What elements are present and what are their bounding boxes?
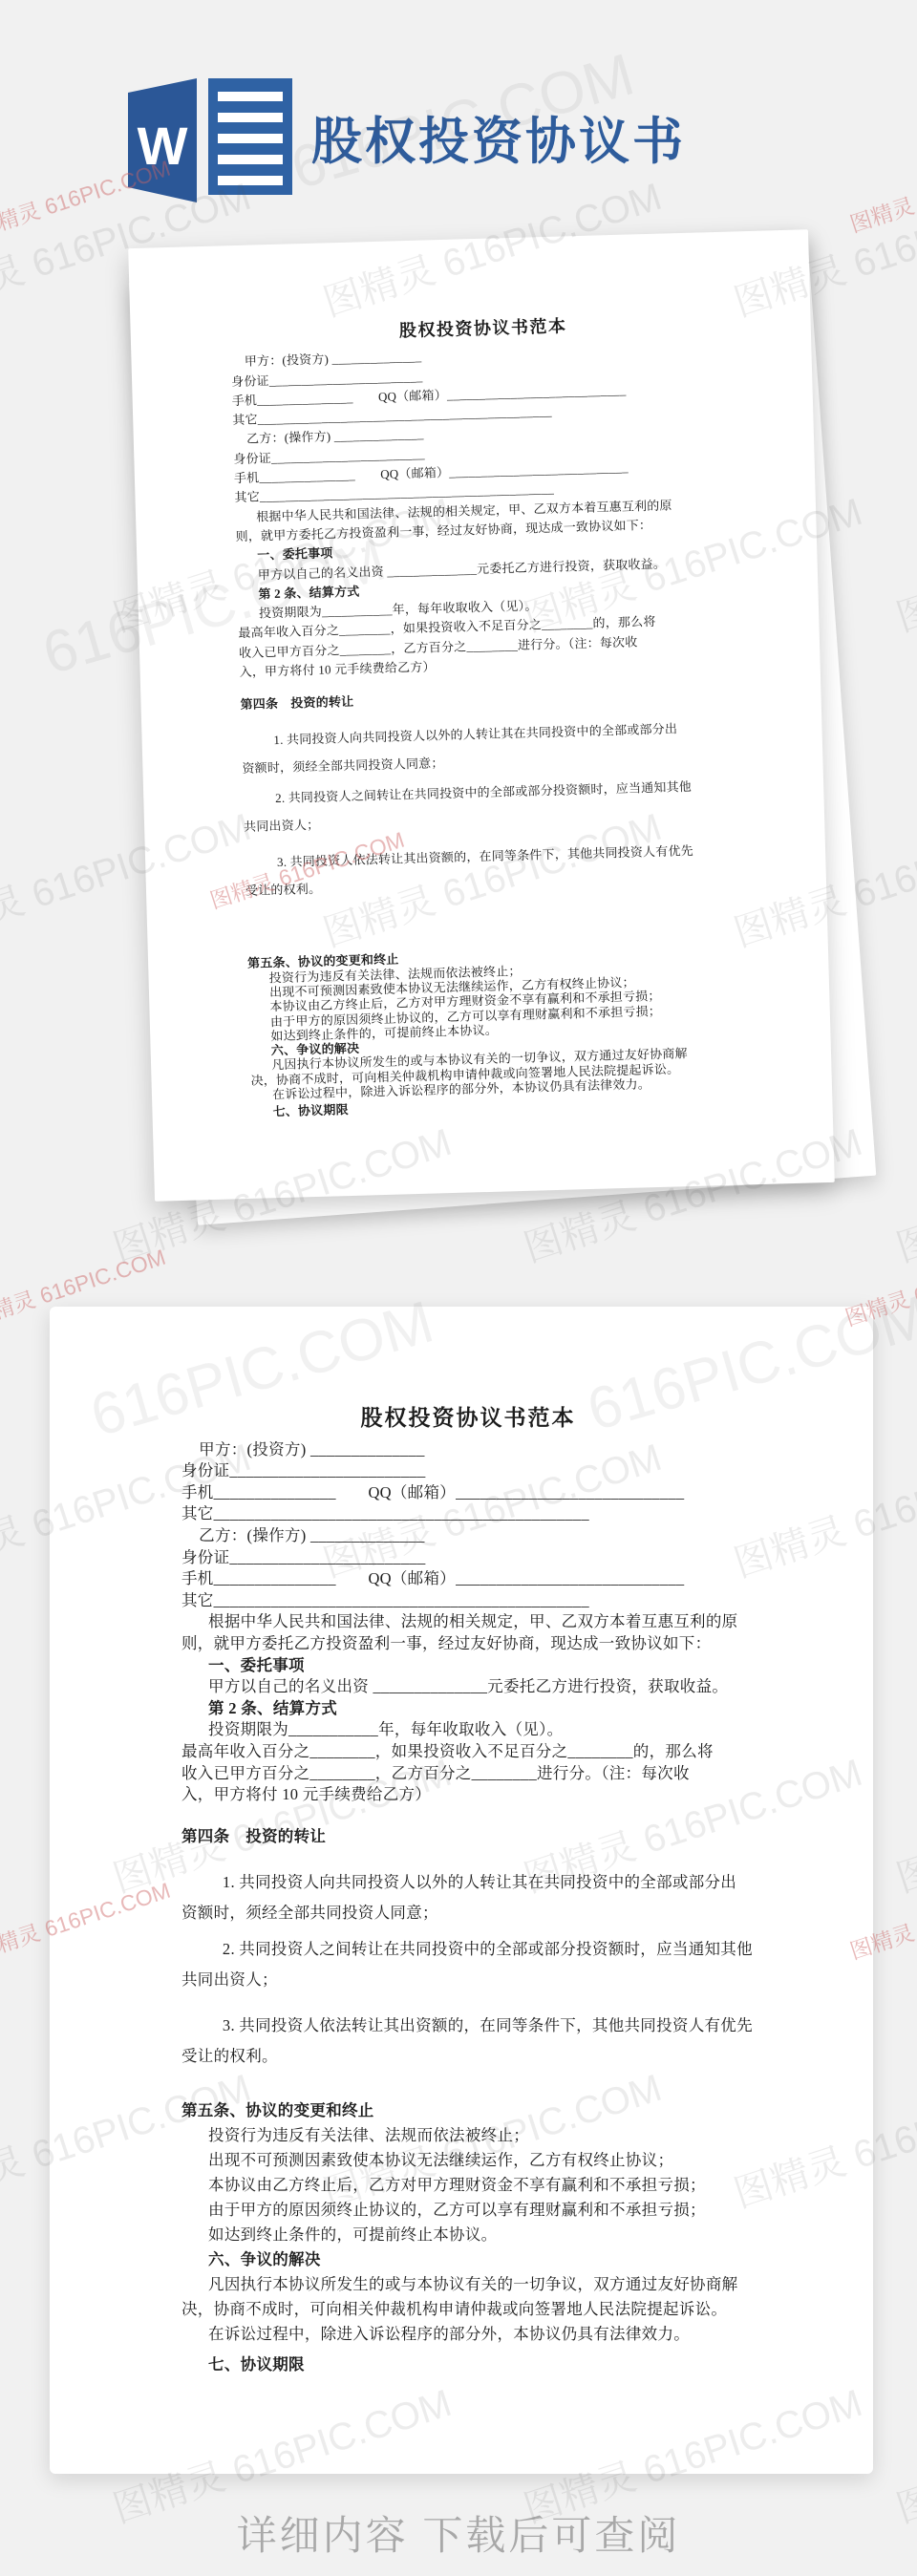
footer-note: 详细内容 下载后可查阅 [237, 2504, 681, 2562]
doc-line: 根据中华人民共和国法律、法规的相关规定，甲、乙双方本着互惠互利的原 [181, 1611, 755, 1633]
watermark-text: 图精灵 616PIC.COM [888, 1742, 917, 1903]
doc-line: 2. 共同投资人之间转让在共同投资中的全部或部分投资额时，应当通知其他 [181, 1934, 755, 1965]
doc-line: 第四条 投资的转让 [181, 1821, 755, 1852]
preview-canvas: W 股权投资协议书 股权投资协议书范本甲方：(投资方) ____________… [0, 0, 917, 2576]
doc-line: 受让的权利。 [181, 2041, 755, 2072]
doc-line: 收入已甲方百分之________，乙方百分之________进行分。（注：每次收 [181, 1763, 755, 1785]
doc-line: 投资期限为___________年，每年收取收入（见）。 [181, 1719, 755, 1741]
word-logo-letter: W [138, 116, 188, 176]
preview-page-1: 股权投资协议书范本甲方：(投资方) ______________身份证_____… [128, 229, 835, 1201]
doc-content: 股权投资协议书范本甲方：(投资方) ______________身份证_____… [181, 1408, 755, 2377]
footer: 详细内容 下载后可查阅 [0, 2489, 917, 2576]
doc-line: 第 2 条、结算方式 [181, 1698, 755, 1720]
doc-line: 第四条 投资的转让 [240, 677, 747, 719]
doc-line: 出现不可预测因素致使本协议无法继续运作，乙方有权终止协议； [181, 2148, 755, 2173]
watermark-text: 图精灵 616PIC.COM [888, 1112, 917, 1272]
doc-line: 身份证________________________ [181, 1460, 755, 1482]
doc-line: 最高年收入百分之________，如果投资收入不足百分之________的，那么… [181, 1741, 755, 1763]
doc-line: 3. 共同投资人依法转让其出资额的，在同等条件下，其他共同投资人有优先 [181, 2011, 755, 2041]
doc-line: 六、争议的解决 [181, 2247, 755, 2272]
word-logo-icon: W [126, 76, 294, 204]
doc-line: 一、委托事项 [181, 1655, 755, 1677]
doc-line: 如达到终止条件的，可提前终止本协议。 [181, 2223, 755, 2247]
doc-line: 共同出资人； [181, 1965, 755, 1995]
doc-line: 七、协议期限 [181, 2352, 755, 2377]
header: W 股权投资协议书 [0, 0, 917, 220]
doc-line: 入，甲方将付 10 元手续费给乙方） [181, 1784, 755, 1806]
doc-content: 股权投资协议书范本甲方：(投资方) ______________身份证_____… [230, 311, 758, 1119]
doc-line: 则，就甲方委托乙方投资盈利一事，经过友好协商，现达成一致协议如下： [181, 1633, 755, 1655]
watermark-text: 图精灵 616PIC.COM [888, 481, 917, 642]
doc-line: 凡因执行本协议所发生的或与本协议有关的一切争议，双方通过友好协商解 [181, 2272, 755, 2297]
doc-title: 股权投资协议书范本 [181, 1408, 755, 1430]
doc-line: 本协议由乙方终止后，乙方对甲方理财资金不享有赢利和不承担亏损； [181, 2173, 755, 2198]
doc-line: 第五条、协议的变更和终止 [181, 2098, 755, 2123]
doc-line: 手机_______________ QQ（邮箱）________________… [181, 1482, 755, 1504]
doc-line: 决，协商不成时，可向相关仲裁机构申请仲裁或向签署地人民法院提起诉讼。 [181, 2297, 755, 2322]
doc-line: 由于甲方的原因须终止协议的，乙方可以享有理财赢利和不承担亏损； [181, 2198, 755, 2223]
doc-line: 乙方：(操作方) ______________ [181, 1525, 755, 1547]
doc-line: 资额时，须经全部共同投资人同意； [181, 1898, 755, 1928]
doc-line: 手机_______________ QQ（邮箱）________________… [181, 1568, 755, 1590]
doc-line: 其它______________________________________… [181, 1590, 755, 1612]
doc-line: 其它______________________________________… [181, 1503, 755, 1525]
preview-page-2: 股权投资协议书范本甲方：(投资方) ______________身份证_____… [50, 1307, 873, 2474]
doc-line: 甲方：(投资方) ______________ [181, 1439, 755, 1461]
doc-line: 1. 共同投资人向共同投资人以外的人转让其在共同投资中的全部或部分出 [181, 1867, 755, 1898]
doc-line: 投资行为违反有关法律、法规而依法被终止； [181, 2123, 755, 2148]
doc-line: 甲方以自己的名义出资 ______________元委托乙方进行投资，获取收益。 [181, 1676, 755, 1698]
doc-line: 身份证________________________ [181, 1547, 755, 1569]
doc-line: 在诉讼过程中，除进入诉讼程序的部分外，本协议仍具有法律效力。 [181, 2322, 755, 2347]
page-title: 股权投资协议书 [311, 80, 686, 195]
